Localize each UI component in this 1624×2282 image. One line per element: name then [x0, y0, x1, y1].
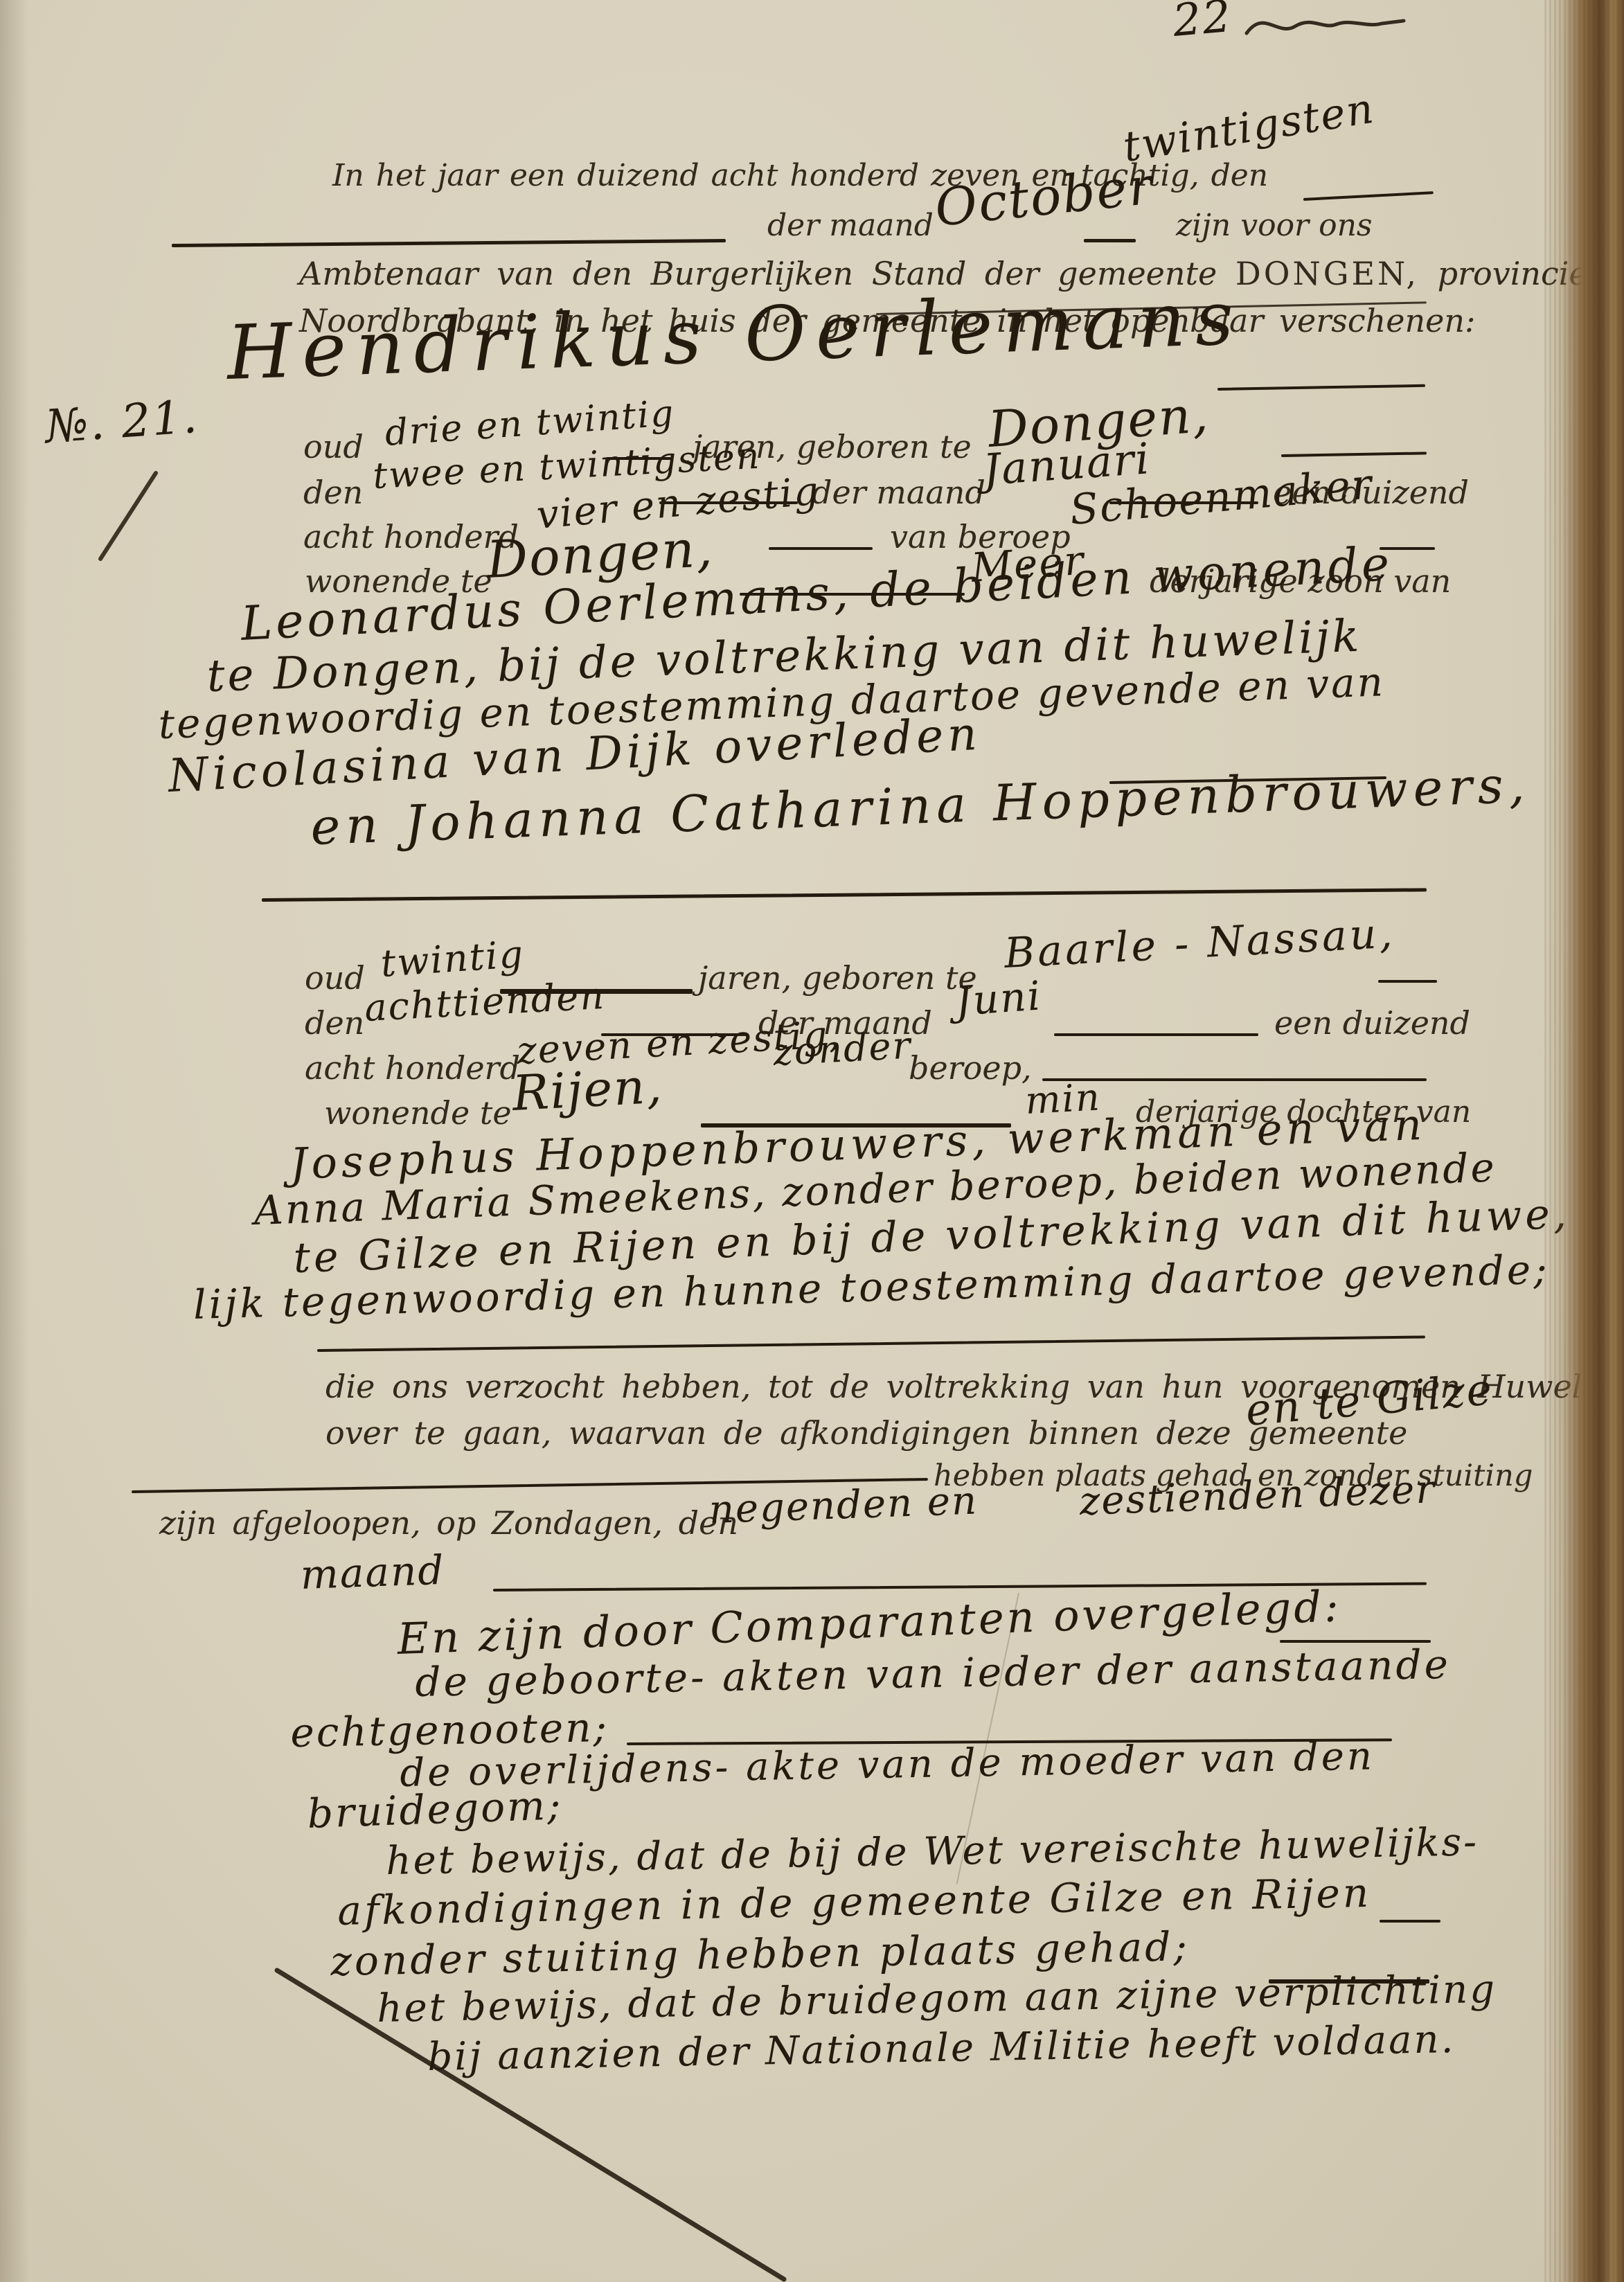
bride-hundred-label: acht honderd	[305, 1049, 520, 1087]
blank-rule	[1380, 1920, 1440, 1923]
blank-rule	[1378, 980, 1437, 983]
blank-rule	[1217, 384, 1425, 391]
request-sunday-fill-a: negenden en	[708, 1478, 979, 1533]
request-line2: over te gaan, waarvan de afkondigingen b…	[325, 1414, 1407, 1452]
blank-rule	[172, 239, 726, 247]
bride-occupation-label: beroep,	[909, 1049, 1032, 1087]
book-binding-edge	[1544, 0, 1624, 2282]
blank-rule	[317, 1335, 1425, 1352]
intro-line2-rest: zijn voor ons	[1176, 208, 1373, 243]
bride-month-fill: Juni	[954, 972, 1043, 1025]
blank-rule	[1054, 1033, 1258, 1036]
documents-line: bruidegom;	[307, 1781, 564, 1837]
groom-month-label: der maand	[812, 474, 985, 511]
bride-age-label: oud	[305, 959, 365, 997]
bride-residence-fill: Rijen,	[511, 1058, 665, 1122]
groom-age-label: oud	[303, 428, 364, 465]
groom-name: Hendrikus Oerlemans	[226, 275, 1244, 397]
blank-rule	[1281, 452, 1427, 457]
blank-rule	[769, 547, 873, 550]
act-number: №. 21.	[44, 390, 200, 454]
intro-municipality: DONGEN,	[1235, 255, 1419, 292]
request-month-fill: maand	[300, 1546, 446, 1598]
page-number: 22	[1171, 0, 1235, 47]
page-left-shadow	[0, 0, 29, 2282]
bride-age-fill: twintig	[380, 932, 526, 986]
blank-rule	[262, 888, 1427, 902]
blank-rule	[1084, 239, 1136, 242]
bride-residence-label: wonende te	[324, 1094, 512, 1132]
groom-day-label: den	[303, 474, 363, 511]
intro-month-label: der maand	[767, 208, 934, 243]
bride-born-label: jaren, geboren te	[698, 959, 977, 997]
diagonal-pen-stroke	[270, 1963, 796, 2282]
bride-day-label: den	[305, 1004, 364, 1042]
bride-occupation-fill: zonder	[772, 1024, 913, 1074]
bride-birthplace-fill: Baarle - Nassau,	[1003, 909, 1396, 978]
blank-rule	[1303, 191, 1434, 201]
bride-thousand-label: een duizend	[1274, 1004, 1470, 1042]
margin-pen-slash	[90, 467, 166, 568]
marriage-record-page: 22 №. 21. In het jaar een duizend acht h…	[0, 0, 1624, 2282]
request-line4: zijn afgeloopen, op Zondagen, den	[159, 1504, 738, 1542]
pen-squiggle-mark	[1243, 6, 1409, 47]
